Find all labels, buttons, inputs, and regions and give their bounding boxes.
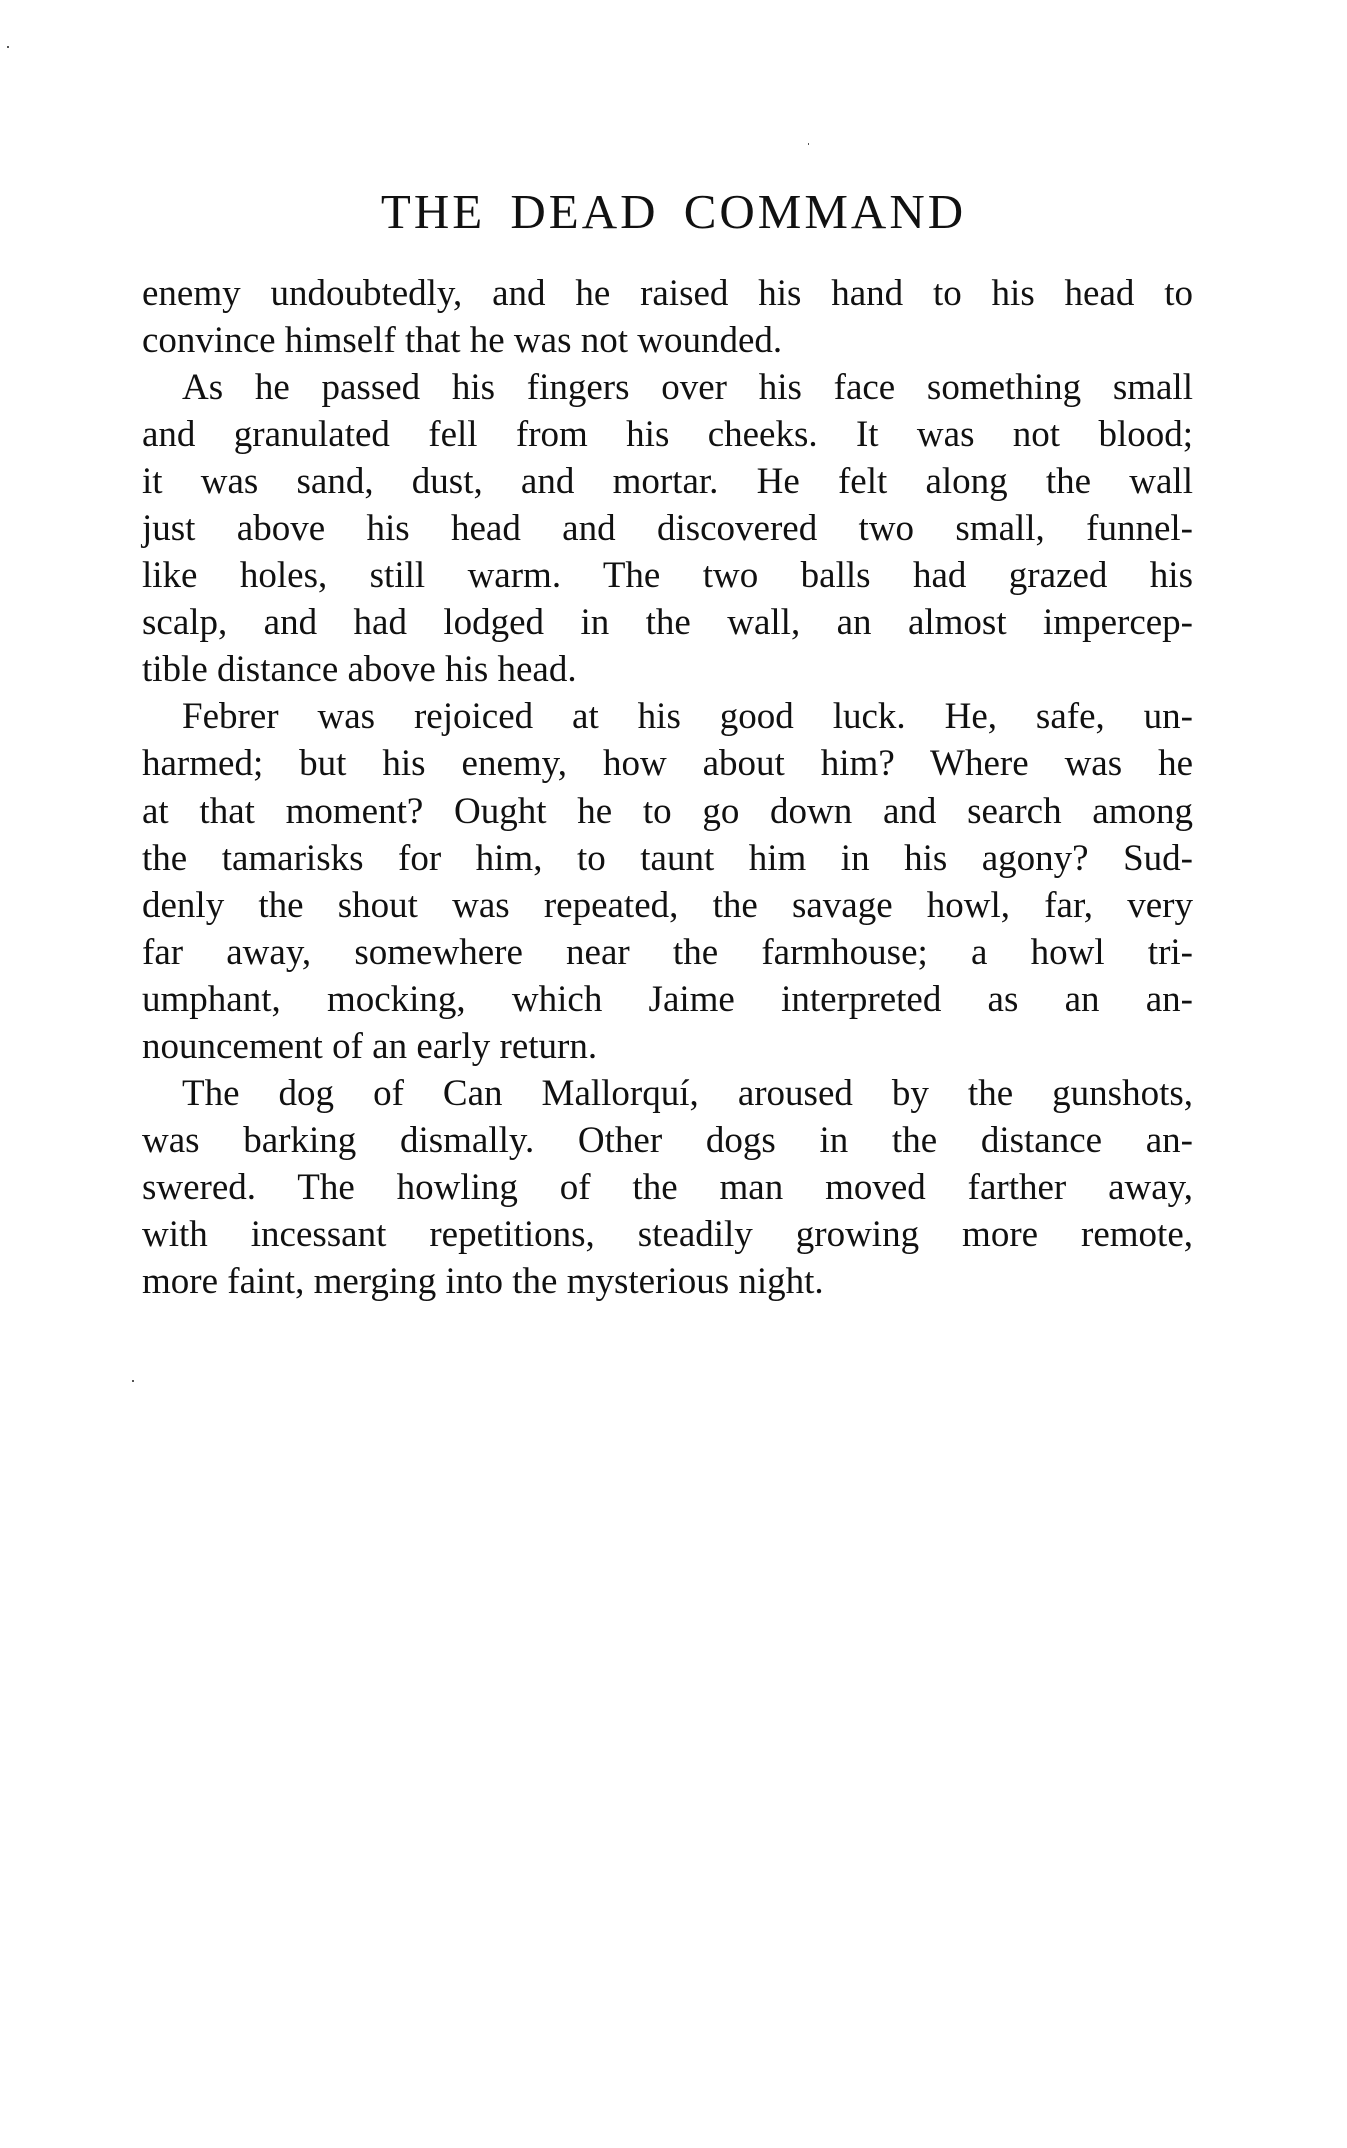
text-line: far away, somewhere near the farmhouse; … — [142, 929, 1193, 976]
text-line: scalp, and had lodged in the wall, an al… — [142, 599, 1193, 646]
scan-speck — [808, 143, 809, 145]
text-line: more faint, merging into the mysterious … — [142, 1258, 1193, 1305]
text-line: the tamarisks for him, to taunt him in h… — [142, 835, 1193, 882]
body-text: enemy undoubtedly, and he raised his han… — [142, 270, 1193, 1305]
scan-speck — [7, 46, 9, 48]
text-line: umphant, mocking, which Jaime interprete… — [142, 976, 1193, 1023]
text-line: was barking dismally. Other dogs in the … — [142, 1117, 1193, 1164]
text-line: nouncement of an early return. — [142, 1023, 1193, 1070]
text-line: The dog of Can Mallorquí, aroused by the… — [142, 1070, 1193, 1117]
text-line: and granulated fell from his cheeks. It … — [142, 411, 1193, 458]
scan-speck — [132, 1380, 134, 1382]
text-line: denly the shout was repeated, the savage… — [142, 882, 1193, 929]
running-head: THE DEAD COMMAND — [0, 186, 1347, 238]
text-line: Febrer was rejoiced at his good luck. He… — [142, 693, 1193, 740]
text-line: just above his head and discovered two s… — [142, 505, 1193, 552]
book-page: THE DEAD COMMAND enemy undoubtedly, and … — [0, 0, 1347, 2148]
text-line: like holes, still warm. The two balls ha… — [142, 552, 1193, 599]
text-line: enemy undoubtedly, and he raised his han… — [142, 270, 1193, 317]
text-line: swered. The howling of the man moved far… — [142, 1164, 1193, 1211]
text-line: convince himself that he was not wounded… — [142, 317, 1193, 364]
text-line: As he passed his fingers over his face s… — [142, 364, 1193, 411]
text-line: with incessant repetitions, steadily gro… — [142, 1211, 1193, 1258]
text-line: harmed; but his enemy, how about him? Wh… — [142, 740, 1193, 787]
text-line: it was sand, dust, and mortar. He felt a… — [142, 458, 1193, 505]
text-line: tible distance above his head. — [142, 646, 1193, 693]
text-line: at that moment? Ought he to go down and … — [142, 788, 1193, 835]
